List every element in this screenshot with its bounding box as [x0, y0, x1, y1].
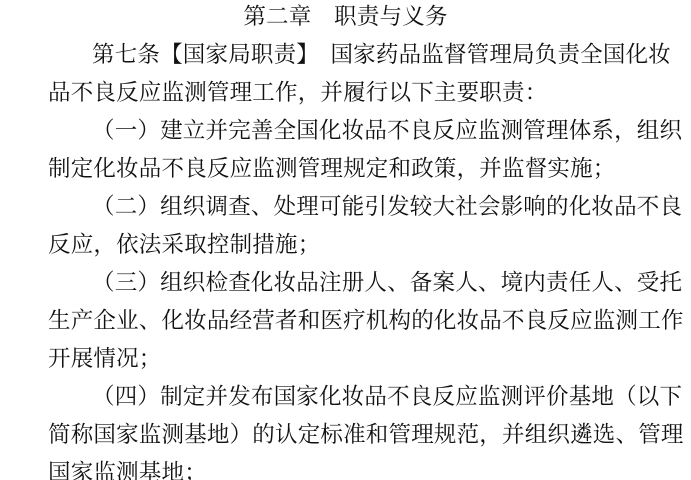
article-7-line-2: 品不良反应监测管理工作，并履行以下主要职责：: [48, 78, 547, 108]
article-intro-text: 国家药品监督管理局负责全国化妆: [308, 42, 671, 68]
item-1-line-2: 制定化妆品不良反应监测管理规定和政策，并监督实施；: [48, 154, 616, 184]
item-4-line-2: 简称国家监测基地）的认定标准和管理规范，并组织遴选、管理: [48, 420, 684, 450]
item-2-line-2: 反应，依法采取控制措施；: [48, 230, 320, 260]
chapter-title: 第二章 职责与义务: [0, 2, 691, 32]
item-2-line-1: （二）组织调查、处理可能引发较大社会影响的化妆品不良: [92, 192, 682, 222]
item-1-line-1: （一）建立并完善全国化妆品不良反应监测管理体系，组织: [92, 116, 682, 146]
document-page: 第二章 职责与义务 第七条【国家局职责】 国家药品监督管理局负责全国化妆 品不良…: [0, 0, 691, 480]
item-4-line-1: （四）制定并发布国家化妆品不良反应监测评价基地（以下: [92, 382, 682, 412]
item-3-line-2: 生产企业、化妆品经营者和医疗机构的化妆品不良反应监测工作: [48, 306, 684, 336]
article-label: 第七条【国家局职责】: [92, 42, 308, 68]
item-3-line-3: 开展情况；: [48, 344, 162, 374]
article-7-line-1: 第七条【国家局职责】 国家药品监督管理局负责全国化妆: [92, 40, 671, 70]
item-4-line-3: 国家监测基地；: [48, 458, 207, 480]
item-3-line-1: （三）组织检查化妆品注册人、备案人、境内责任人、受托: [92, 268, 682, 298]
